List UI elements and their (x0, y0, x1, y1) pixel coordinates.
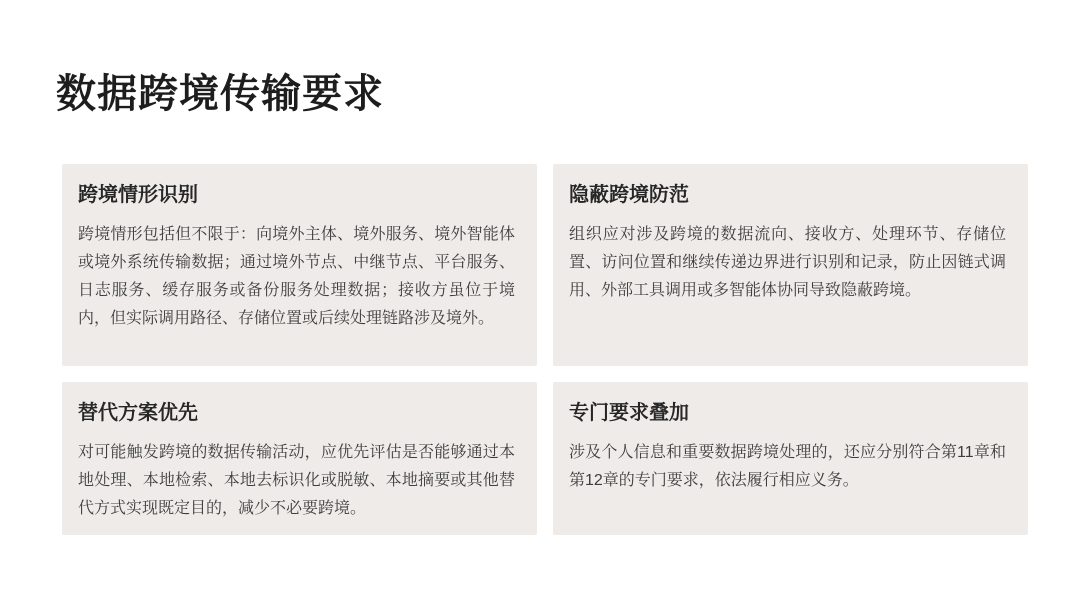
card-special-requirements-stacked: 专门要求叠加 涉及个人信息和重要数据跨境处理的，还应分别符合第11章和第12章的… (553, 382, 1028, 535)
card-body: 对可能触发跨境的数据传输活动，应优先评估是否能够通过本地处理、本地检索、本地去标… (78, 439, 515, 523)
card-title: 替代方案优先 (78, 398, 515, 428)
page-title: 数据跨境传输要求 (56, 70, 384, 118)
card-title: 专门要求叠加 (569, 398, 1006, 428)
card-cross-border-identification: 跨境情形识别 跨境情形包括但不限于：向境外主体、境外服务、境外智能体或境外系统传… (62, 164, 537, 366)
card-title: 隐蔽跨境防范 (569, 180, 1006, 210)
card-title: 跨境情形识别 (78, 180, 515, 210)
card-body: 跨境情形包括但不限于：向境外主体、境外服务、境外智能体或境外系统传输数据；通过境… (78, 221, 515, 333)
card-alternative-solutions-first: 替代方案优先 对可能触发跨境的数据传输活动，应优先评估是否能够通过本地处理、本地… (62, 382, 537, 535)
slide: 数据跨境传输要求 跨境情形识别 跨境情形包括但不限于：向境外主体、境外服务、境外… (0, 0, 1080, 608)
card-hidden-cross-border-prevention: 隐蔽跨境防范 组织应对涉及跨境的数据流向、接收方、处理环节、存储位置、访问位置和… (553, 164, 1028, 366)
card-body: 组织应对涉及跨境的数据流向、接收方、处理环节、存储位置、访问位置和继续传递边界进… (569, 221, 1006, 305)
card-body: 涉及个人信息和重要数据跨境处理的，还应分别符合第11章和第12章的专门要求，依法… (569, 439, 1006, 495)
card-grid: 跨境情形识别 跨境情形包括但不限于：向境外主体、境外服务、境外智能体或境外系统传… (62, 164, 1028, 535)
